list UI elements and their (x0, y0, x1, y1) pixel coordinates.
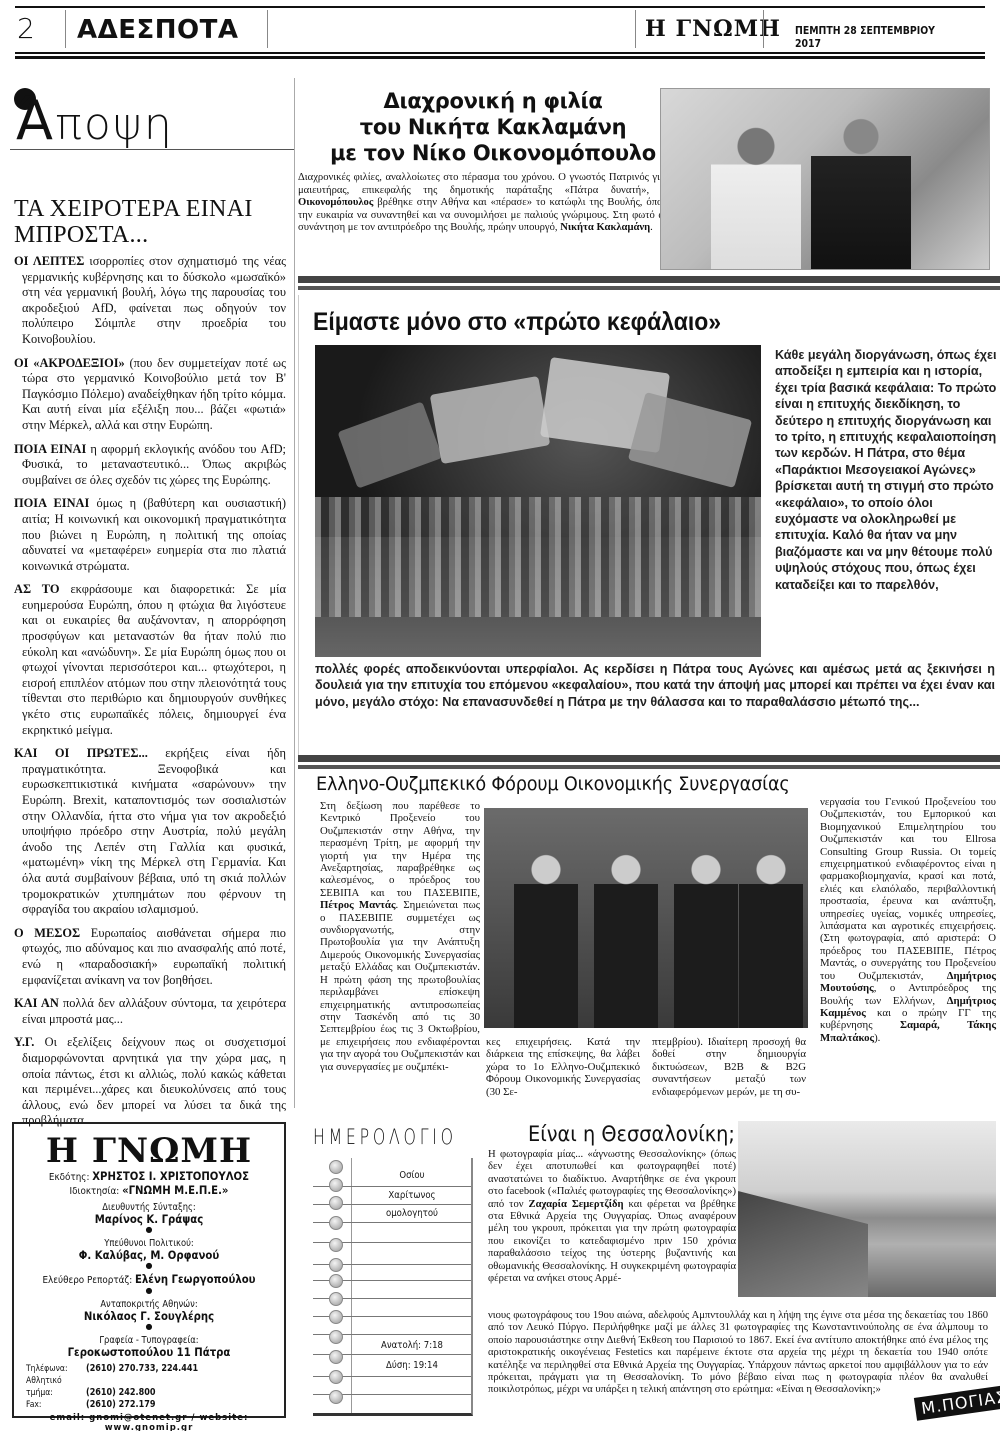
article-column: Στη δεξίωση που παρέθεσε το Κεντρικό Προ… (320, 800, 480, 1073)
opinion-paragraph: ΑΣ ΤΟ εκφράσουμε και διαφορετικά: Σε μία… (14, 582, 286, 738)
owner-line: Ιδιοκτησία: «ΓΝΩΜΗ Μ.Ε.Π.Ε.» (30, 1184, 268, 1198)
newspaper-logo: Η ΓΝΩΜΗ (645, 16, 781, 42)
calendar-title: ΗΜΕΡΟΛΟΓΙΟ (313, 1122, 433, 1152)
column-title-text: Άποψη (16, 94, 174, 152)
bullet-icon: ● (14, 1226, 284, 1234)
sunrise-time: Ανατολή: 7:18 (359, 1340, 465, 1351)
saint-name: ομολογητού (359, 1208, 465, 1219)
photo-flag-parade (315, 345, 761, 657)
article-thessaloniki: Είναι η Θεσσαλονίκη; Η φωτογραφία μίας..… (480, 1115, 1000, 1431)
article-column: νεργασία του Γενικού Προξενείου του Ουζμ… (820, 796, 996, 1044)
contact-row: Αθλητικό τμήμα:(2610) 242.800 (26, 1375, 284, 1399)
section-divider-bar (298, 755, 1000, 765)
publisher-line: Εκδότης: ΧΡΗΣΤΟΣ Ι. ΧΡΙΣΤΟΠΟΥΛΟΣ (30, 1170, 268, 1184)
notepad: Οσίου Χαρίτωνος ομολογητού Ανατολή: 7:18… (313, 1158, 473, 1416)
spiral-ring-icon (329, 1160, 343, 1174)
opinion-paragraph: ΠΟΙΑ ΕΙΝΑΙ η αφορμή εκλογικής ανόδου του… (14, 442, 286, 489)
newspaper-imprint: Η ΓΝΩΜΗ Εκδότης: ΧΡΗΣΤΟΣ Ι. ΧΡΙΣΤΟΠΟΥΛΟΣ… (12, 1122, 286, 1418)
article-headline: Ελληνο-Ουζμπεκικό Φόρουμ Οικονομικής Συν… (316, 772, 952, 796)
opinion-paragraph: ΚΑΙ ΟΙ ΠΡΩΤΕΣ... εκρήξεις είναι ήδη πραγ… (14, 746, 286, 918)
contact-row: Τηλέφωνα:(2610) 270.733, 224.441 (26, 1363, 284, 1375)
spiral-ring-icon (329, 1370, 343, 1384)
header-rule-top (15, 6, 985, 8)
page-header: 2 ΑΔΕΣΠΟΤΑ Η ΓΝΩΜΗ ΠΕΜΠΤΗ 28 ΣΕΠΤΕΜΒΡΙΟΥ… (15, 6, 985, 58)
header-divider (763, 10, 764, 48)
reportage-line: Ελεύθερο Ρεπορτάζ: Ελένη Γεωργοπούλου (30, 1273, 268, 1287)
header-divider (65, 10, 66, 48)
article-column: κες επιχειρήσεις. Κατά την διάρκεια της … (486, 1036, 640, 1098)
opinion-paragraph: ΚΑΙ ΑΝ πολλά δεν αλλάξουν σύντομα, τα χε… (14, 996, 286, 1027)
article-kaklamanis: Διαχρονική η φιλία του Νικήτα Κακλαμάνη … (298, 82, 688, 272)
opinion-paragraph: Υ.Γ. Οι εξελίξεις δείχνουν πως οι συσχετ… (14, 1035, 286, 1129)
spiral-ring-icon (329, 1258, 343, 1272)
header-rule-thick (15, 56, 985, 59)
spiral-ring-icon (329, 1238, 343, 1252)
article-headline: Διαχρονική η φιλία του Νικήτα Κακλαμάνη … (298, 88, 688, 166)
photo-two-men (660, 88, 990, 270)
article-bottom-text: πολλές φορές αποδεικνύονται υπερφίαλοι. … (315, 661, 995, 710)
opinion-column-title: Άποψη (10, 78, 294, 150)
article-uzbek-forum: Ελληνο-Ουζμπεκικό Φόρουμ Οικονομικής Συν… (298, 768, 1000, 1113)
opinion-paragraph: Ο ΜΕΣΟΣ Ευρωπαίος αισθάνεται σήμερα πιο … (14, 926, 286, 988)
editor-name: Μαρίνος Κ. Γράψας (30, 1213, 268, 1226)
email-website-line: email: gnomi@otenet.gr / website: www.gn… (14, 1413, 284, 1431)
imprint-logo: Η ΓΝΩΜΗ (14, 1132, 284, 1170)
sunset-time: Δύση: 19:14 (359, 1360, 465, 1371)
saint-name: Χαρίτωνος (359, 1190, 465, 1201)
bullet-icon: ● (14, 1262, 284, 1270)
section-divider-bar (298, 276, 1000, 286)
calendar-box: ΗΜΕΡΟΛΟΓΙΟ Οσίου Χαρίτωνος ομολογητού Αν… (313, 1122, 473, 1422)
header-rule (15, 52, 985, 54)
header-divider (267, 10, 268, 48)
article-body-continued: νιους φωτογράφους του 19ου αιώνα, αδελφο… (488, 1310, 988, 1397)
header-divider (635, 10, 636, 48)
offices-address: Γεροκωστοπούλου 11 Πάτρα (30, 1346, 268, 1359)
photo-four-men (484, 808, 808, 1028)
spiral-ring-icon (329, 1292, 343, 1306)
spiral-ring-icon (329, 1274, 343, 1288)
opinion-paragraph: ΟΙ ΛΕΠΤΕΣ ισορροπίες στον σχηματισμό της… (14, 254, 286, 348)
spiral-ring-icon (329, 1390, 343, 1404)
opinion-paragraph: ΠΟΙΑ ΕΙΝΑΙ όμως η (βαθύτερη και ουσιαστι… (14, 496, 286, 574)
article-body: Η φωτογραφία μίας... «άγνωστης Θεσσαλονί… (488, 1149, 736, 1285)
saint-name: Οσίου (359, 1170, 465, 1181)
spiral-ring-icon (329, 1196, 343, 1210)
opinion-column: Άποψη ΤΑ ΧΕΙΡΟΤΕΡΑ ΕΙΝΑΙ ΜΠΡΟΣΤΑ... ΟΙ Λ… (10, 78, 295, 1108)
photo-historic-thessaloniki (738, 1121, 996, 1297)
article-first-chapter: Είμαστε μόνο στο «πρώτο κεφάλαιο» Κάθε μ… (298, 295, 1000, 755)
spiral-ring-icon (329, 1178, 343, 1192)
bullet-icon: ● (14, 1323, 284, 1331)
page-number: 2 (17, 10, 35, 48)
article-column: πτεμβρίου). Ιδιαίτερη προσοχή θα δοθεί σ… (652, 1036, 806, 1098)
section-title: ΑΔΕΣΠΟΤΑ (77, 14, 239, 46)
article-body: Διαχρονικές φιλίες, αναλλοίωτες στο πέρα… (298, 172, 688, 235)
issue-date: ΠΕΜΠΤΗ 28 ΣΕΠΤΕΜΒΡΙΟΥ 2017 (795, 24, 957, 50)
contact-row: Fax:(2610) 272.179 (26, 1399, 284, 1411)
spiral-ring-icon (329, 1216, 343, 1230)
opinion-paragraph: ΟΙ «ΑΚΡΟΔΕΞΙΟΙ» (που δεν συμμετείχαν ποτ… (14, 356, 286, 434)
athens-name: Νικόλαος Γ. Σουγλέρης (30, 1310, 268, 1323)
contact-list: Τηλέφωνα:(2610) 270.733, 224.441 Αθλητικ… (26, 1363, 284, 1411)
spiral-ring-icon (329, 1310, 343, 1324)
article-headline: Είμαστε μόνο στο «πρώτο κεφάλαιο» (313, 307, 945, 337)
spiral-ring-icon (329, 1350, 343, 1364)
article-side-text: Κάθε μεγάλη διοργάνωση, όπως έχει αποδεί… (775, 347, 997, 593)
spiral-ring-icon (329, 1330, 343, 1344)
politics-names: Φ. Καλύβας, Μ. Ορφανού (30, 1249, 268, 1262)
opinion-headline: ΤΑ ΧΕΙΡΟΤΕΡΑ ΕΙΝΑΙ ΜΠΡΟΣΤΑ... (14, 196, 286, 248)
bullet-icon: ● (14, 1287, 284, 1295)
